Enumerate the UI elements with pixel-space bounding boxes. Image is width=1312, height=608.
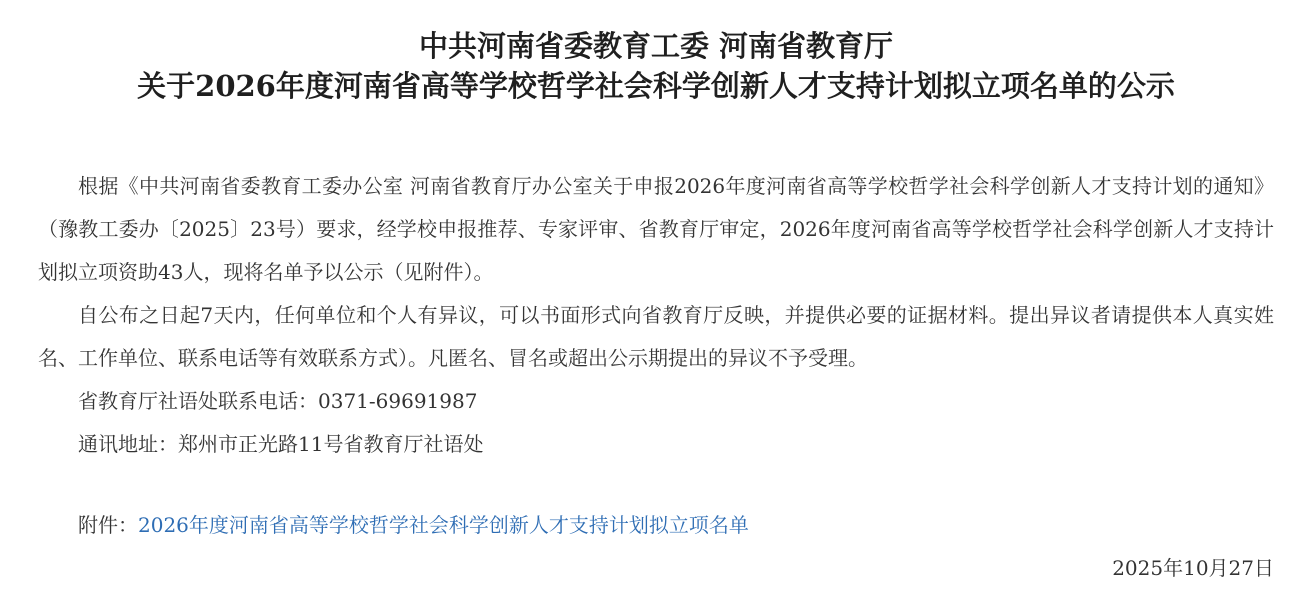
contact-address-line: 通讯地址：郑州市正光路11号省教育厅社语处	[38, 423, 1274, 466]
notice-document: 中共河南省委教育工委 河南省教育厅 关于2026年度河南省高等学校哲学社会科学创…	[0, 0, 1312, 590]
paragraph-basis: 根据《中共河南省委教育工委办公室 河南省教育厅办公室关于申报2026年度河南省高…	[38, 165, 1274, 294]
contact-phone-line: 省教育厅社语处联系电话：0371-69691987	[38, 380, 1274, 423]
title-line-2: 关于2026年度河南省高等学校哲学社会科学创新人才支持计划拟立项名单的公示	[38, 66, 1274, 106]
paragraph-objection: 自公布之日起7天内，任何单位和个人有异议，可以书面形式向省教育厅反映，并提供必要…	[38, 294, 1274, 380]
attachment-line: 附件：2026年度河南省高等学校哲学社会科学创新人才支持计划拟立项名单	[38, 504, 1274, 547]
document-title: 中共河南省委教育工委 河南省教育厅 关于2026年度河南省高等学校哲学社会科学创…	[38, 26, 1274, 106]
title-line-1: 中共河南省委教育工委 河南省教育厅	[38, 26, 1274, 66]
attachment-label: 附件：	[78, 513, 138, 537]
attachment-link[interactable]: 2026年度河南省高等学校哲学社会科学创新人才支持计划拟立项名单	[138, 513, 749, 537]
document-date: 2025年10月27日	[38, 547, 1274, 590]
document-body: 根据《中共河南省委教育工委办公室 河南省教育厅办公室关于申报2026年度河南省高…	[38, 165, 1274, 590]
